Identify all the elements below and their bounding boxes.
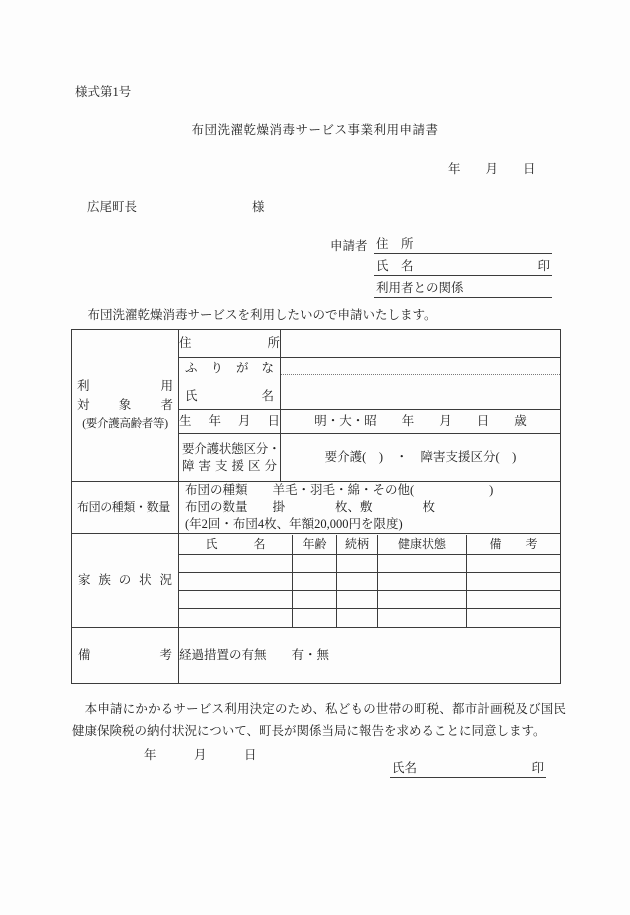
- page-title: 布団洗濯乾燥消毒サービス事業利用申請書: [0, 120, 630, 138]
- applicant-name-row: 氏 名 印: [330, 254, 552, 276]
- care-level-value: 要介護( ) ・ 障害支援区分( ): [281, 434, 561, 482]
- family-row-label-cell: 家族の状況: [72, 534, 179, 628]
- address-input-area: [281, 330, 561, 358]
- applicant-relation-row: 利用者との関係: [330, 276, 552, 298]
- applicant-relation-label: 利用者との関係: [376, 278, 464, 296]
- remarks-row-label-cell: 備考: [72, 628, 179, 684]
- intro-sentence: 布団洗濯乾燥消毒サービスを利用したいので申請いたします。: [75, 305, 437, 323]
- family-empty-cell: [293, 609, 337, 627]
- seal-mark: 印: [537, 256, 550, 274]
- applicant-relation-field: 利用者との関係: [374, 278, 552, 298]
- futon-row: 布団の種類・数量 布団の種類 羊毛・羽毛・綿・その他( ) 布団の数量 掛 枚、…: [72, 482, 561, 534]
- family-empty-cell: [467, 591, 560, 609]
- family-header-remarks: 備 考: [467, 535, 560, 555]
- form-number: 様式第1号: [75, 82, 131, 100]
- family-header-health: 健康状態: [378, 535, 467, 555]
- futon-row-label: 布団の種類・数量: [72, 499, 178, 515]
- applicant-address-field: 住 所: [374, 234, 552, 254]
- family-table-cell: 氏 名 年齢 続柄 健康状態 備 考: [179, 534, 561, 628]
- family-empty-cell: [337, 591, 378, 609]
- birthdate-value: 明・大・昭 年 月 日 歳: [281, 410, 561, 434]
- family-empty-cell: [378, 591, 467, 609]
- applicant-address-label: 住 所: [376, 234, 414, 252]
- header-date-line: 年 月 日: [448, 159, 536, 177]
- applicant-address-row: 申請者 住 所: [330, 232, 552, 254]
- family-empty-cell: [179, 609, 293, 627]
- family-empty-cell: [293, 573, 337, 591]
- futon-row-label-cell: 布団の種類・数量: [72, 482, 179, 534]
- birthdate-row-label: 生年月日: [179, 410, 281, 434]
- futon-type-line: 布団の種類 羊毛・羽毛・綿・その他( ): [179, 482, 560, 499]
- family-empty-cell: [467, 609, 560, 627]
- family-empty-cell: [179, 573, 293, 591]
- address-row: 利用 対象者 (要介護高齢者等) 住所: [72, 330, 561, 358]
- family-empty-cell: [293, 555, 337, 573]
- applicant-block: 申請者 住 所 氏 名 印 利用者との関係: [330, 232, 552, 298]
- remarks-row-label: 備考: [72, 647, 178, 664]
- signature-field: 氏名 印: [390, 760, 546, 778]
- family-empty-cell: [378, 609, 467, 627]
- footer-date-line: 年 月 日: [144, 745, 257, 763]
- addressee-line: 広尾町長様: [87, 197, 265, 215]
- futon-details-cell: 布団の種類 羊毛・羽毛・綿・その他( ) 布団の数量 掛 枚、敷 枚 (年2回・…: [179, 482, 561, 534]
- family-empty-cell: [467, 555, 560, 573]
- user-label-line1: 利用: [72, 377, 178, 396]
- futon-limit-line: (年2回・布団4枚、年額20,000円を限度): [179, 516, 560, 533]
- user-target-label-cell: 利用 対象者 (要介護高齢者等): [72, 330, 179, 482]
- application-table: 利用 対象者 (要介護高齢者等) 住所 ふりがな 氏名 生年月日 明・大・昭 年…: [71, 329, 561, 684]
- name-label: 氏名: [179, 388, 280, 405]
- furigana-name-input-area: [281, 358, 561, 410]
- signature-seal-mark: 印: [531, 758, 544, 776]
- care-label-line1: 要介護状態区分・: [179, 441, 280, 458]
- family-empty-cell: [179, 555, 293, 573]
- furigana-dotted-divider: [281, 374, 560, 375]
- applicant-name-field: 氏 名 印: [374, 256, 552, 276]
- furigana-label: ふりがな: [179, 360, 280, 377]
- address-row-label: 住所: [179, 330, 281, 358]
- applicant-label: 申請者: [330, 236, 374, 254]
- futon-quantity-line: 布団の数量 掛 枚、敷 枚: [179, 499, 560, 516]
- family-row-label: 家族の状況: [72, 572, 178, 589]
- consent-paragraph: 本申請にかかるサービス利用決定のため、私どもの世帯の町税、都市計画税及び国民健康…: [72, 699, 566, 742]
- user-label-line3: (要介護高齢者等): [72, 415, 178, 434]
- family-empty-cell: [179, 591, 293, 609]
- family-empty-cell: [337, 555, 378, 573]
- user-label-line2: 対象者: [72, 396, 178, 415]
- family-empty-cell: [293, 591, 337, 609]
- addressee-honorific: 様: [252, 200, 265, 214]
- family-empty-cell: [378, 573, 467, 591]
- remarks-row: 備考 経過措置の有無 有・無: [72, 628, 561, 684]
- furigana-name-label-cell: ふりがな 氏名: [179, 358, 281, 410]
- addressee-name: 広尾町長: [87, 200, 137, 214]
- family-empty-cell: [337, 609, 378, 627]
- family-header-age: 年齢: [293, 535, 337, 555]
- applicant-name-label: 氏 名: [376, 256, 414, 274]
- family-header-name: 氏 名: [179, 535, 293, 555]
- family-empty-cell: [467, 573, 560, 591]
- application-form-page: 様式第1号 布団洗濯乾燥消毒サービス事業利用申請書 年 月 日 広尾町長様 申請…: [0, 0, 630, 915]
- remarks-value: 経過措置の有無 有・無: [179, 628, 561, 684]
- care-label-line2: 障害支援区分: [179, 458, 280, 475]
- care-level-label-cell: 要介護状態区分・ 障害支援区分: [179, 434, 281, 482]
- family-empty-cell: [337, 573, 378, 591]
- family-inner-table: 氏 名 年齢 続柄 健康状態 備 考: [179, 535, 560, 627]
- signature-name-label: 氏名: [392, 758, 417, 776]
- family-header-relation: 続柄: [337, 535, 378, 555]
- family-empty-cell: [378, 555, 467, 573]
- family-row: 家族の状況 氏 名 年齢 続柄 健康状態 備 考: [72, 534, 561, 628]
